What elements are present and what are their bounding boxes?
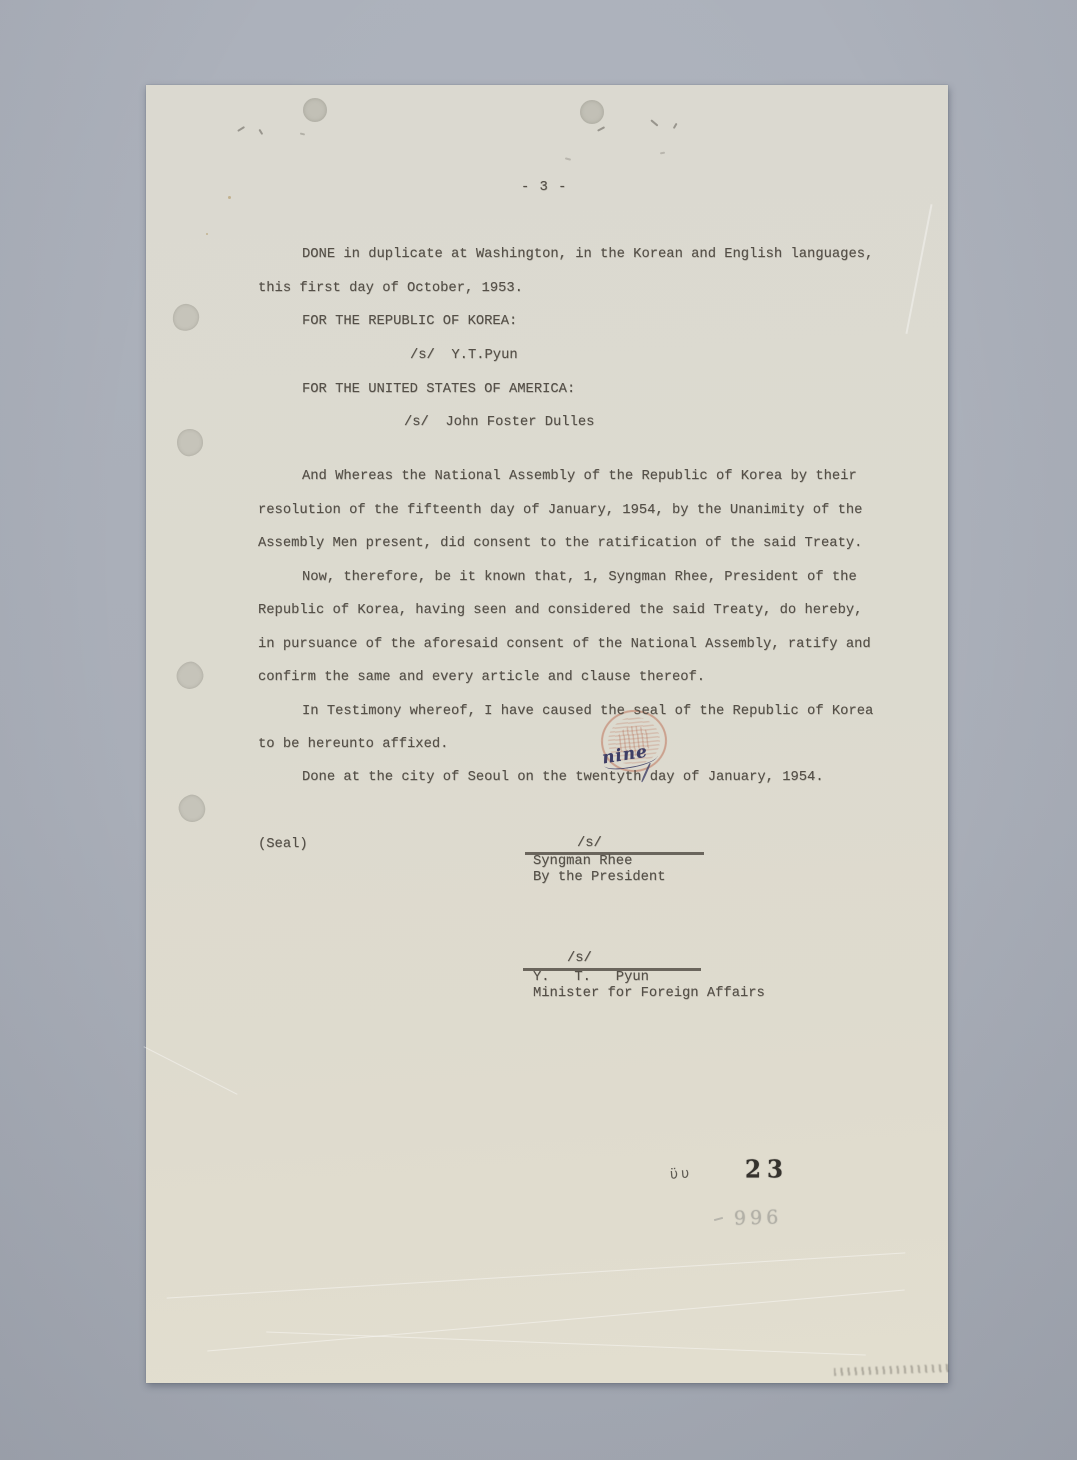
pencil-speck — [565, 157, 571, 160]
binder-stain — [172, 657, 209, 694]
pencil-speck — [597, 126, 605, 131]
signatory-name: Syngman Rhee — [533, 853, 632, 870]
scratch-mark — [905, 204, 932, 334]
bleedthrough-number: 996 — [734, 1206, 783, 1229]
punch-hole — [303, 98, 327, 122]
stain-dot — [228, 196, 231, 199]
bleedthrough-tick-mark — [714, 1217, 723, 1221]
typewritten-line: FOR THE REPUBLIC OF KOREA: — [302, 313, 517, 330]
pencil-speck — [673, 123, 677, 129]
pencil-speck — [300, 132, 305, 135]
pencil-speck — [259, 129, 264, 135]
page-number: - 3 - — [521, 179, 567, 196]
typewritten-line: /s/ John Foster Dulles — [404, 414, 594, 431]
signatory-title: By the President — [533, 869, 665, 886]
pencil-speck — [237, 126, 245, 132]
signature-s-mark: /s/ — [577, 835, 602, 852]
binder-stain — [170, 301, 202, 333]
stain-dot — [206, 233, 208, 235]
folio-number-stamp: 23 — [745, 1157, 789, 1182]
edge-smudge — [834, 1364, 950, 1376]
paper-crease — [167, 1252, 906, 1298]
pencil-speck — [660, 152, 665, 154]
typewritten-line: And Whereas the National Assembly of the… — [302, 468, 857, 485]
pencil-speck — [651, 119, 659, 126]
signatory-title: Minister for Foreign Affairs — [533, 985, 765, 1002]
paper-crease — [143, 1046, 237, 1095]
binder-stain — [175, 791, 209, 826]
document-page: - 3 - DONE in duplicate at Washington, i… — [146, 85, 948, 1383]
handwritten-marks: ϋυ — [669, 1165, 692, 1183]
typewritten-line: In Testimony whereof, I have caused the … — [302, 703, 873, 720]
scan-mount-background: - 3 - DONE in duplicate at Washington, i… — [0, 0, 1077, 1460]
paper-crease — [266, 1331, 866, 1355]
typewritten-line: this first day of October, 1953. — [258, 280, 523, 297]
typewritten-line: Assembly Men present, did consent to the… — [258, 535, 862, 552]
punch-hole — [580, 100, 604, 124]
signatory-name: Y. T. Pyun — [533, 969, 649, 986]
typewritten-line: FOR THE UNITED STATES OF AMERICA: — [302, 381, 575, 398]
typewritten-line: confirm the same and every article and c… — [258, 669, 705, 686]
seal-label: (Seal) — [258, 836, 308, 853]
typewritten-line: Republic of Korea, having seen and consi… — [258, 602, 862, 619]
typewritten-line: /s/ Y.T.Pyun — [410, 347, 518, 364]
typewritten-line: Now, therefore, be it known that, 1, Syn… — [302, 569, 857, 586]
typewritten-line: DONE in duplicate at Washington, in the … — [302, 246, 873, 263]
typewritten-line: in pursuance of the aforesaid consent of… — [258, 636, 871, 653]
binder-stain — [175, 427, 205, 457]
signature-s-mark: /s/ — [567, 950, 592, 967]
typewritten-line: to be hereunto affixed. — [258, 736, 448, 753]
typewritten-line: Done at the city of Seoul on the twentyt… — [302, 769, 824, 786]
typewritten-line: resolution of the fifteenth day of Janua… — [258, 502, 862, 519]
